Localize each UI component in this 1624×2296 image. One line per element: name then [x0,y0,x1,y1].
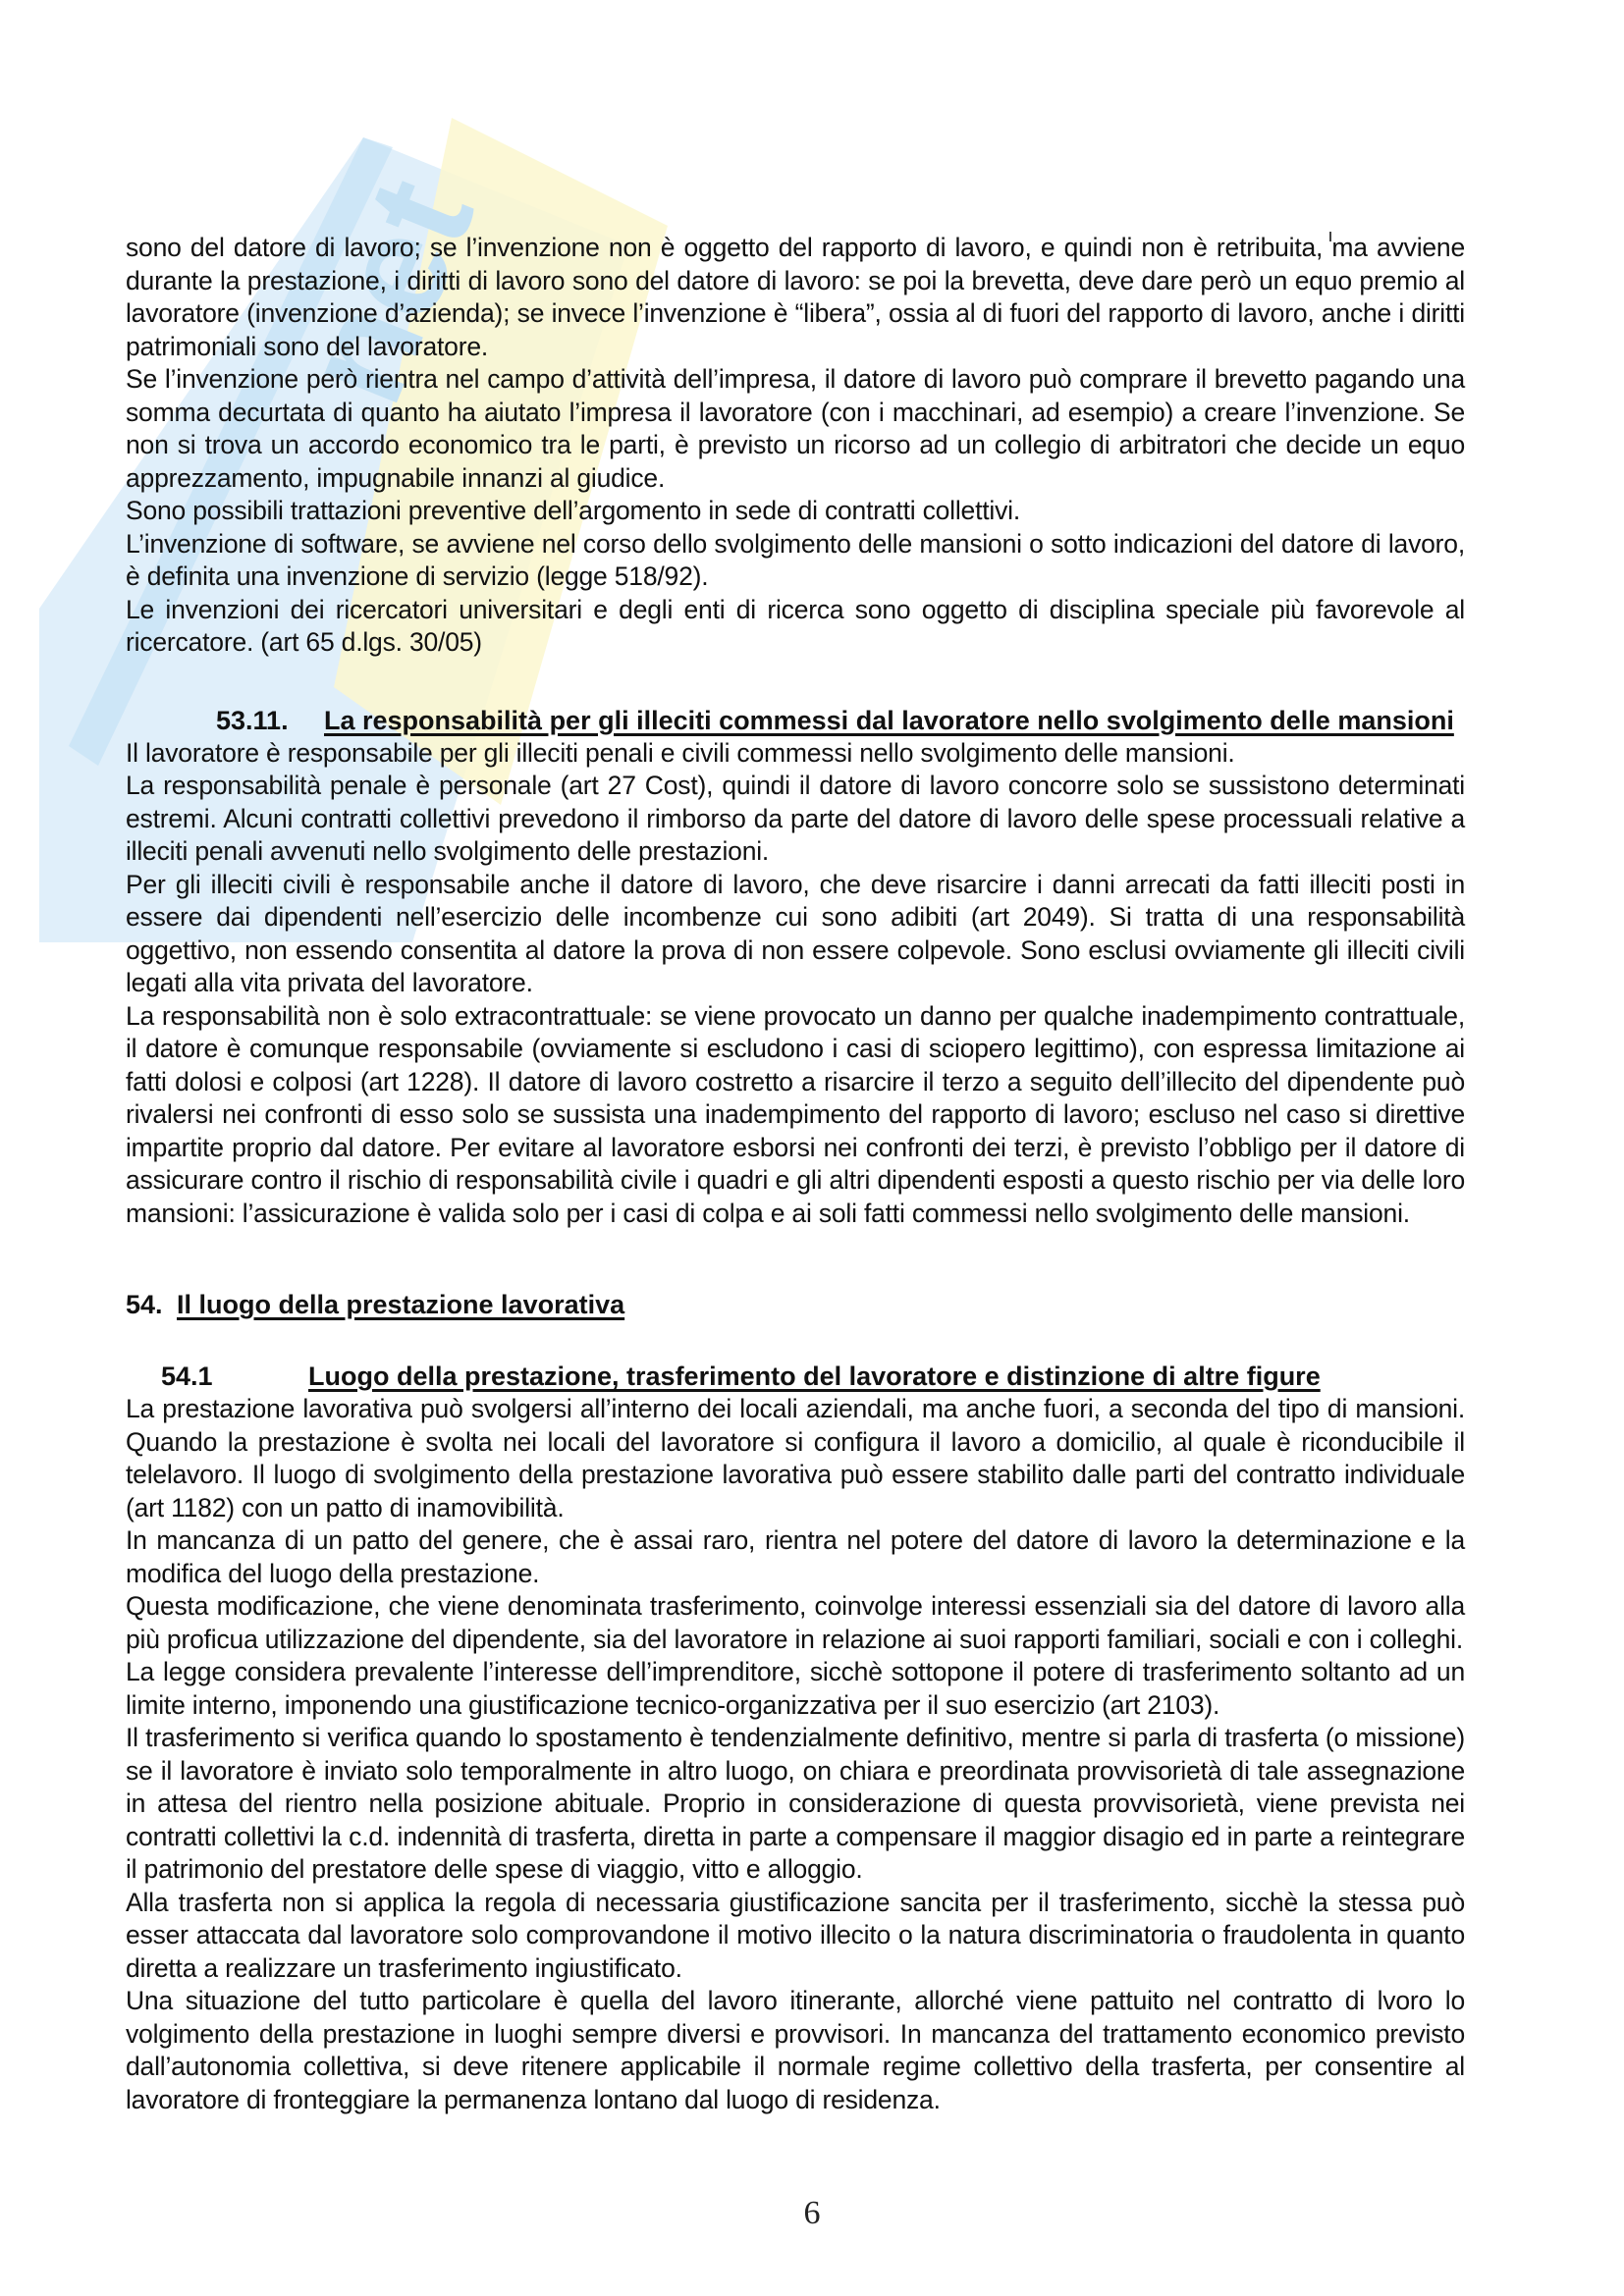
paragraph: Il trasferimento si verifica quando lo s… [126,1722,1465,1887]
paragraph: Sono possibili trattazioni preventive de… [126,495,1465,528]
paragraph: La prestazione lavorativa può svolgersi … [126,1393,1465,1524]
section-heading: 54.1 Luogo della prestazione, trasferime… [126,1361,1465,1393]
paragraph: Se l’invenzione però rientra nel campo d… [126,363,1465,495]
section-53-11: 53.11. La responsabilità per gli illecit… [126,705,1465,1231]
paragraph: Per gli illeciti civili è responsabile a… [126,869,1465,1000]
paragraph: Alla trasferta non si applica la regola … [126,1887,1465,1986]
section-number: 54.1 [161,1361,308,1393]
paragraph: La legge considera prevalente l’interess… [126,1656,1465,1722]
paragraph: Il lavoratore è responsabile per gli ill… [126,737,1465,771]
paragraph: Questa modificazione, che viene denomina… [126,1590,1465,1656]
section-title: Luogo della prestazione, trasferimento d… [308,1361,1321,1393]
chapter-title: Il luogo della prestazione lavorativa [177,1289,624,1321]
chapter-heading: 54. Il luogo della prestazione lavorativ… [126,1289,1465,1321]
intro-section: sono del datore di lavoro; se l’invenzio… [126,232,1465,660]
section-number: 53.11. [216,705,324,737]
paragraph: La responsabilità non è solo extracontra… [126,1000,1465,1231]
section-54-1: 54.1 Luogo della prestazione, trasferime… [126,1361,1465,2116]
paragraph: Una situazione del tutto particolare è q… [126,1985,1465,2116]
chapter-number: 54. [126,1289,177,1321]
section-heading: 53.11. La responsabilità per gli illecit… [126,705,1465,737]
page-number: 6 [0,2195,1624,2232]
paragraph: sono del datore di lavoro; se l’invenzio… [126,232,1465,363]
paragraph: L’invenzione di software, se avviene nel… [126,528,1465,594]
section-title: La responsabilità per gli illeciti comme… [324,705,1454,737]
document-page: sono del datore di lavoro; se l’invenzio… [126,232,1465,2116]
section-54: 54. Il luogo della prestazione lavorativ… [126,1289,1465,1321]
paragraph: Le invenzioni dei ricercatori universita… [126,594,1465,660]
paragraph: La responsabilità penale è personale (ar… [126,770,1465,869]
paragraph: In mancanza di un patto del genere, che … [126,1524,1465,1590]
